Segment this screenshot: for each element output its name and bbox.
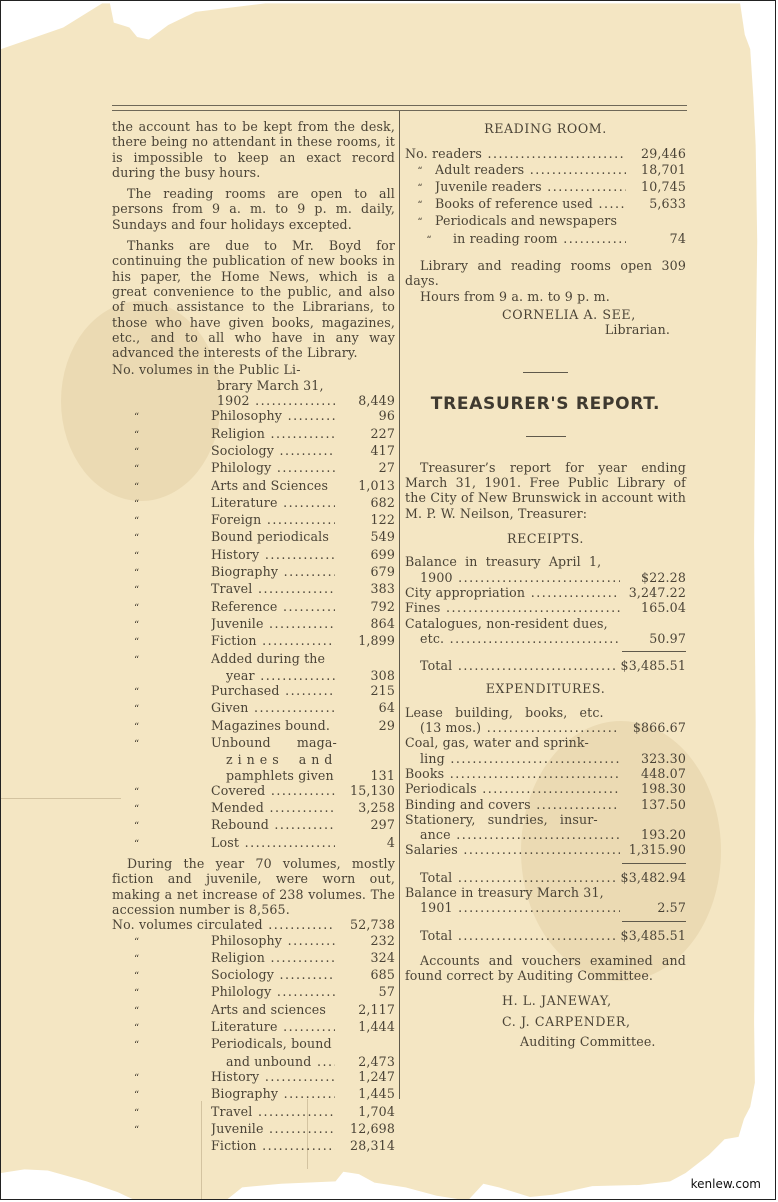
ditto-mark: “ xyxy=(112,819,211,834)
table-row: “Arts and Sciences1,013 xyxy=(112,478,395,495)
ditto-mark: “ xyxy=(112,462,211,477)
row-label: Lost xyxy=(211,835,335,850)
table-row: “Rebound297 xyxy=(112,817,395,834)
reading-room-table: No. readers 29,446 “Adult readers18,701 … xyxy=(405,146,686,248)
ditto-mark: “ xyxy=(112,653,211,668)
table-row: “Periodicals and newspapers xyxy=(405,213,686,230)
row-value: 29 xyxy=(335,718,395,733)
ditto-mark: “ xyxy=(405,233,453,248)
ditto-mark: “ xyxy=(405,198,435,213)
row-value: 64 xyxy=(335,700,395,715)
row-label: in reading room xyxy=(453,231,626,246)
ditto-mark: “ xyxy=(112,986,211,1001)
row-value: 5,633 xyxy=(626,196,686,211)
table-row: year308 xyxy=(112,668,395,683)
ditto-mark: “ xyxy=(112,566,211,581)
table-row: “Juvenile864 xyxy=(112,616,395,633)
row-label: No. readers xyxy=(405,146,626,161)
row-value: 122 xyxy=(335,512,395,527)
table-row: “Biography679 xyxy=(112,564,395,581)
row-label: Fiction xyxy=(211,633,335,648)
ditto-mark: “ xyxy=(112,935,211,950)
row-value: 1,315.90 xyxy=(620,842,686,857)
table-row: “Juvenile readers10,745 xyxy=(405,179,686,196)
row-label: (13 mos.) xyxy=(420,720,620,735)
row-value: 15,130 xyxy=(335,783,395,798)
row-label: 1902 xyxy=(217,393,335,408)
column-divider xyxy=(399,111,400,1099)
row-value: 18,701 xyxy=(626,162,686,177)
table-row: Catalogues, non-resident dues, xyxy=(405,616,686,631)
row-label: Given xyxy=(211,700,335,715)
table-row: No. readers 29,446 xyxy=(405,146,686,161)
row-label: Sociology xyxy=(211,443,335,458)
table-row: “Philology27 xyxy=(112,460,395,477)
table-row: “Covered15,130 xyxy=(112,783,395,800)
row-label: Periodicals xyxy=(405,781,620,796)
table-row: Books448.07 xyxy=(405,766,686,781)
table-row: “History1,247 xyxy=(112,1069,395,1086)
row-value: 383 xyxy=(335,581,395,596)
watermark-text: kenlew.com xyxy=(691,1177,761,1191)
table-row: brary March 31, xyxy=(112,378,395,393)
ditto-mark: “ xyxy=(112,428,211,443)
row-value: $3,485.51 xyxy=(617,658,686,673)
row-value: 792 xyxy=(335,599,395,614)
row-label: Juvenile readers xyxy=(435,179,626,194)
volumes-table: No. volumes in the Public Li- brary Marc… xyxy=(112,362,395,852)
table-row: “Religion227 xyxy=(112,426,395,443)
table-row: City appropriation3,247.22 xyxy=(405,585,686,600)
table-row: (13 mos.)$866.67 xyxy=(405,720,686,735)
row-label: Periodicals, bound xyxy=(211,1036,395,1051)
row-value: 448.07 xyxy=(620,766,686,781)
table-row: Fines165.04 xyxy=(405,600,686,615)
row-label: Balance in treasury March 31, xyxy=(405,885,686,900)
ditto-mark: “ xyxy=(112,480,211,495)
paragraph: Accounts and vouchers examined and found… xyxy=(405,953,686,984)
row-value: 549 xyxy=(335,529,395,544)
ditto-mark: “ xyxy=(112,1106,211,1121)
row-value: 1,444 xyxy=(335,1019,395,1034)
table-row: “Unbound maga- xyxy=(112,735,395,752)
table-row: “Biography1,445 xyxy=(112,1086,395,1103)
row-value: 308 xyxy=(335,668,395,683)
row-value: 1,899 xyxy=(335,633,395,648)
ditto-mark: “ xyxy=(112,720,211,735)
table-row: “Adult readers18,701 xyxy=(405,162,686,179)
table-row: Total$3,485.51 xyxy=(405,928,686,943)
auditor-signature: C. J. CARPENDER, xyxy=(405,1011,686,1032)
row-label: Arts and sciences xyxy=(211,1002,335,1017)
table-row: “Purchased215 xyxy=(112,683,395,700)
table-row: “Philosophy232 xyxy=(112,933,395,950)
section-heading-reading-room: READING ROOM. xyxy=(405,121,686,136)
ditto-mark: “ xyxy=(112,802,211,817)
row-label: etc. xyxy=(420,631,620,646)
table-row: “Books of reference used5,633 xyxy=(405,196,686,213)
total-rule xyxy=(622,863,686,864)
row-label: Arts and Sciences xyxy=(211,478,335,493)
table-row: “Given64 xyxy=(112,700,395,717)
ditto-mark: “ xyxy=(112,969,211,984)
row-value: 1,247 xyxy=(335,1069,395,1084)
row-value: 50.97 xyxy=(620,631,686,646)
row-label: History xyxy=(211,1069,335,1084)
ditto-mark: “ xyxy=(112,702,211,717)
row-value: $3,485.51 xyxy=(617,928,686,943)
row-label: Adult readers xyxy=(435,162,626,177)
paper-crease xyxy=(1,798,121,799)
total-rule xyxy=(622,921,686,922)
row-value: 74 xyxy=(626,231,686,246)
row-label: Biography xyxy=(211,564,335,579)
row-label: 1900 xyxy=(420,570,620,585)
row-label: Religion xyxy=(211,426,335,441)
table-row: “Philosophy96 xyxy=(112,408,395,425)
table-row: Total$3,485.51 xyxy=(405,658,686,673)
row-label: Travel xyxy=(211,581,335,596)
receipts-table: Balance in treasury April 1, 1900$22.28 … xyxy=(405,554,686,673)
row-value: 193.20 xyxy=(620,827,686,842)
total-rule xyxy=(622,651,686,652)
table-row: “in reading room74 xyxy=(405,231,686,248)
row-label: Philology xyxy=(211,460,335,475)
row-value: 232 xyxy=(335,933,395,948)
row-label: year xyxy=(226,668,335,683)
table-row: Lease building, books, etc. xyxy=(405,705,686,720)
ditto-mark: “ xyxy=(112,785,211,800)
row-label: zines and xyxy=(226,752,395,767)
row-value: 57 xyxy=(335,984,395,999)
row-label: Foreign xyxy=(211,512,335,527)
ditto-mark: “ xyxy=(112,737,211,752)
row-label: pamphlets given xyxy=(226,768,335,783)
table-row: “Foreign122 xyxy=(112,512,395,529)
row-value: 682 xyxy=(335,495,395,510)
ditto-mark: “ xyxy=(112,445,211,460)
row-value: 4 xyxy=(335,835,395,850)
paragraph: During the year 70 volumes, mostly ficti… xyxy=(112,856,395,917)
table-row: “Literature682 xyxy=(112,495,395,512)
row-value: 29,446 xyxy=(626,146,686,161)
row-value: 27 xyxy=(335,460,395,475)
row-label: Catalogues, non-resident dues, xyxy=(405,616,686,631)
expenditures-table: Lease building, books, etc. (13 mos.)$86… xyxy=(405,705,686,943)
row-label: Rebound xyxy=(211,817,335,832)
section-heading-receipts: RECEIPTS. xyxy=(405,531,686,546)
table-row: Coal, gas, water and sprink- xyxy=(405,735,686,750)
librarian-title: Librarian. xyxy=(405,322,686,337)
row-label: brary March 31, xyxy=(217,378,324,393)
row-label: Periodicals and newspapers xyxy=(435,213,686,228)
table-row: 1900$22.28 xyxy=(405,570,686,585)
row-value: 2,117 xyxy=(335,1002,395,1017)
table-row: “Lost4 xyxy=(112,835,395,852)
row-label: City appropriation xyxy=(405,585,620,600)
row-value: 679 xyxy=(335,564,395,579)
table-row: etc.50.97 xyxy=(405,631,686,646)
row-value: 1,704 xyxy=(335,1104,395,1119)
row-label: 1901 xyxy=(420,900,620,915)
table-row: No. volumes in the Public Li- xyxy=(112,362,395,377)
table-row: “Periodicals, bound xyxy=(112,1036,395,1053)
table-row: Binding and covers137.50 xyxy=(405,797,686,812)
row-label: Books of reference used xyxy=(435,196,626,211)
table-row: pamphlets given131 xyxy=(112,768,395,783)
row-label: Philology xyxy=(211,984,335,999)
table-row: ance193.20 xyxy=(405,827,686,842)
row-label: Purchased xyxy=(211,683,335,698)
ditto-mark: “ xyxy=(112,618,211,633)
row-value: 297 xyxy=(335,817,395,832)
row-value: 2,473 xyxy=(335,1054,395,1069)
ditto-mark: “ xyxy=(112,685,211,700)
row-label: Total xyxy=(420,928,617,943)
row-value: 227 xyxy=(335,426,395,441)
row-label: Philosophy xyxy=(211,408,335,423)
table-row: “Sociology685 xyxy=(112,967,395,984)
row-value: 96 xyxy=(335,408,395,423)
table-row: Balance in treasury March 31, xyxy=(405,885,686,900)
row-label: Magazines bound. xyxy=(211,718,335,733)
ditto-mark: “ xyxy=(112,1038,211,1053)
row-value: $22.28 xyxy=(620,570,686,585)
row-label: Stationery, sundries, insur- xyxy=(405,812,686,827)
ditto-mark: “ xyxy=(112,583,211,598)
row-value: 685 xyxy=(335,967,395,982)
row-label: Total xyxy=(420,658,617,673)
ditto-mark: “ xyxy=(112,514,211,529)
row-value: 10,745 xyxy=(626,179,686,194)
table-row: “Added during the xyxy=(112,651,395,668)
row-label: Salaries xyxy=(405,842,620,857)
row-value: 198.30 xyxy=(620,781,686,796)
row-label: History xyxy=(211,547,335,562)
table-row: and unbound2,473 xyxy=(112,1054,395,1069)
row-label: Added during the xyxy=(211,651,395,666)
row-label: Unbound maga- xyxy=(211,735,395,750)
row-value: 864 xyxy=(335,616,395,631)
row-label: Books xyxy=(405,766,620,781)
row-value: 417 xyxy=(335,443,395,458)
row-label: Philosophy xyxy=(211,933,335,948)
section-heading-expenditures: EXPENDITURES. xyxy=(405,681,686,696)
paragraph: Treasurer’s report for year ending March… xyxy=(405,460,686,521)
row-label: and unbound xyxy=(226,1054,335,1069)
row-value: 28,314 xyxy=(335,1138,395,1153)
ditto-mark: “ xyxy=(405,164,435,179)
table-row: “Bound periodicals549 xyxy=(112,529,395,546)
row-label: Fines xyxy=(405,600,620,615)
row-value: $3,482.94 xyxy=(617,870,686,885)
paragraph: the account has to be kept from the desk… xyxy=(112,119,395,180)
row-value: 137.50 xyxy=(620,797,686,812)
table-row: Periodicals198.30 xyxy=(405,781,686,796)
ditto-mark: “ xyxy=(112,1021,211,1036)
row-label: Covered xyxy=(211,783,335,798)
row-label: Fiction xyxy=(211,1138,335,1153)
table-row: “Travel383 xyxy=(112,581,395,598)
ditto-mark: “ xyxy=(405,215,435,230)
row-value: 8,449 xyxy=(335,393,395,408)
paragraph: Library and reading rooms open 309 days. xyxy=(405,258,686,289)
row-value: 12,698 xyxy=(335,1121,395,1136)
auditor-title: Auditing Committee. xyxy=(405,1032,686,1051)
right-column: READING ROOM. No. readers 29,446 “Adult … xyxy=(405,119,686,1051)
table-row: “Literature1,444 xyxy=(112,1019,395,1036)
table-row: Total$3,482.94 xyxy=(405,870,686,885)
row-label: Biography xyxy=(211,1086,335,1101)
ditto-mark: “ xyxy=(405,181,435,196)
scan-frame: the account has to be kept from the desk… xyxy=(0,0,776,1200)
ditto-mark: “ xyxy=(112,952,211,967)
paragraph: Thanks are due to Mr. Boyd for continuin… xyxy=(112,238,395,360)
row-label: No. volumes in the Public Li- xyxy=(112,362,301,377)
ditto-mark: “ xyxy=(112,549,211,564)
table-row: “Reference792 xyxy=(112,599,395,616)
row-label: Religion xyxy=(211,950,335,965)
row-label: Travel xyxy=(211,1104,335,1119)
row-label: Juvenile xyxy=(211,616,335,631)
table-row: “Fiction1,899 xyxy=(112,633,395,650)
ditto-mark: “ xyxy=(112,601,211,616)
row-label: Bound periodicals xyxy=(211,529,335,544)
table-row: “Arts and sciences2,117 xyxy=(112,1002,395,1019)
row-value: 165.04 xyxy=(620,600,686,615)
ditto-mark: “ xyxy=(112,1088,211,1103)
ditto-mark: “ xyxy=(112,1004,211,1019)
row-label: Literature xyxy=(211,1019,335,1034)
row-value: 215 xyxy=(335,683,395,698)
table-row: “Religion324 xyxy=(112,950,395,967)
row-value: 324 xyxy=(335,950,395,965)
table-row: 1902 8,449 xyxy=(112,393,395,408)
table-row: “Magazines bound.29 xyxy=(112,718,395,735)
row-label: ling xyxy=(420,751,620,766)
circulation-table: No. volumes circulated 52,738 “Philosoph… xyxy=(112,917,395,1153)
row-label: ance xyxy=(420,827,620,842)
row-value: $866.67 xyxy=(620,720,686,735)
row-label: Sociology xyxy=(211,967,335,982)
row-label: Literature xyxy=(211,495,335,510)
row-label: Lease building, books, etc. xyxy=(405,705,686,720)
table-row: “Travel1,704 xyxy=(112,1104,395,1121)
table-row: 19012.57 xyxy=(405,900,686,915)
table-row: ling323.30 xyxy=(405,751,686,766)
row-label: Coal, gas, water and sprink- xyxy=(405,735,686,750)
row-label: Reference xyxy=(211,599,335,614)
row-value: 3,258 xyxy=(335,800,395,815)
row-value: 2.57 xyxy=(620,900,686,915)
table-row: No. volumes circulated 52,738 xyxy=(112,917,395,932)
row-label: Total xyxy=(420,870,617,885)
ditto-mark: “ xyxy=(112,1071,211,1086)
auditor-signature: H. L. JANEWAY, xyxy=(405,990,686,1011)
row-label: Binding and covers xyxy=(405,797,620,812)
row-value: 52,738 xyxy=(335,917,395,932)
row-label: Juvenile xyxy=(211,1121,335,1136)
left-column: the account has to be kept from the desk… xyxy=(112,119,395,1153)
row-value: 3,247.22 xyxy=(620,585,686,600)
table-row: “Sociology417 xyxy=(112,443,395,460)
table-row: “Juvenile12,698 xyxy=(112,1121,395,1138)
row-label: No. volumes circulated xyxy=(112,917,335,932)
table-row: “Philology57 xyxy=(112,984,395,1001)
row-value: 323.30 xyxy=(620,751,686,766)
row-label: Mended xyxy=(211,800,335,815)
table-row: Stationery, sundries, insur- xyxy=(405,812,686,827)
ditto-mark: “ xyxy=(112,1123,211,1138)
row-label: Balance in treasury April 1, xyxy=(405,554,686,569)
table-row: zines and xyxy=(112,752,395,767)
librarian-signature: CORNELIA A. SEE, xyxy=(405,307,686,322)
paragraph: Hours from 9 a. m. to 9 p. m. xyxy=(405,289,686,304)
row-value: 1,445 xyxy=(335,1086,395,1101)
row-value: 1,013 xyxy=(335,478,395,493)
aged-paper-page: the account has to be kept from the desk… xyxy=(1,1,776,1200)
ditto-mark: “ xyxy=(112,635,211,650)
row-value: 131 xyxy=(335,768,395,783)
row-value: 699 xyxy=(335,547,395,562)
ditto-mark: “ xyxy=(112,410,211,425)
ditto-mark: “ xyxy=(112,531,211,546)
table-row: Fiction28,314 xyxy=(112,1138,395,1153)
table-row: “Mended3,258 xyxy=(112,800,395,817)
table-row: “History699 xyxy=(112,547,395,564)
treasurer-report-title: TREASURER'S REPORT. xyxy=(405,397,686,412)
table-row: Balance in treasury April 1, xyxy=(405,554,686,569)
paragraph: The reading rooms are open to all person… xyxy=(112,186,395,232)
table-row: Salaries1,315.90 xyxy=(405,842,686,857)
ditto-mark: “ xyxy=(112,837,211,852)
ditto-mark: “ xyxy=(112,497,211,512)
